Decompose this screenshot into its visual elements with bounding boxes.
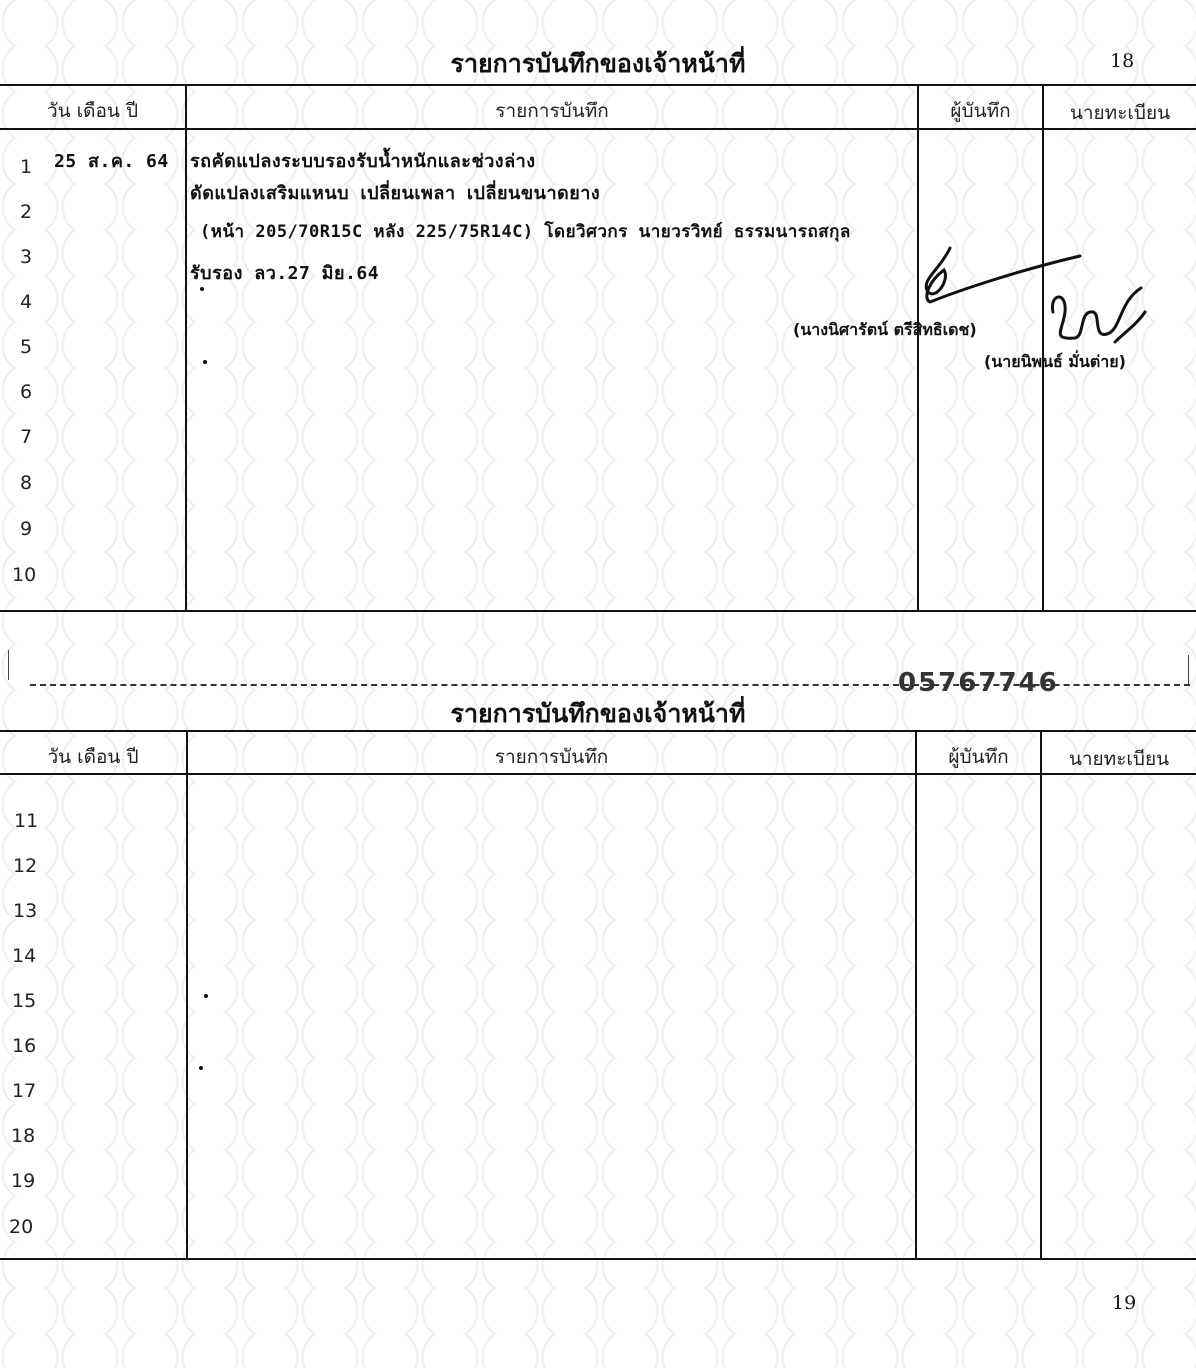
header-bottom-border <box>0 773 1196 775</box>
registrar-signature <box>1045 282 1155 352</box>
row-number: 5 <box>20 336 32 358</box>
row-number: 14 <box>12 945 36 967</box>
row-number: 1 <box>20 156 32 178</box>
row-number: 7 <box>20 426 32 448</box>
column-header-registrar: นายทะเบียน <box>1044 98 1196 128</box>
row-number: 9 <box>20 518 32 540</box>
table-top-border <box>0 730 1196 732</box>
table-top-border <box>0 84 1196 86</box>
column-divider <box>185 84 187 612</box>
row-number: 4 <box>20 291 32 313</box>
ink-dot <box>204 994 208 998</box>
column-divider <box>917 84 919 612</box>
table-bottom-border <box>0 610 1196 612</box>
table-bottom-border <box>0 1258 1196 1260</box>
column-header-entry: รายการบันทึก <box>188 742 915 772</box>
column-divider <box>915 730 917 1260</box>
row-number: 19 <box>11 1170 35 1192</box>
entry-date: 25 ส.ค. 64 <box>54 146 169 175</box>
entry-line: รับรอง ลว.27 มิย.64 <box>190 258 379 287</box>
entry-line: ดัดแปลงเสริมแหนบ เปลี่ยนเพลา เปลี่ยนขนาด… <box>190 178 600 207</box>
row-number: 16 <box>12 1035 36 1057</box>
row-number: 8 <box>20 472 32 494</box>
row-number: 18 <box>11 1125 35 1147</box>
entry-line: รถคัดแปลงระบบรองรับน้ำหนักและช่วงล่าง <box>190 146 536 175</box>
row-number: 11 <box>14 810 38 832</box>
column-divider <box>186 730 188 1260</box>
row-number: 10 <box>12 564 36 586</box>
header-bottom-border <box>0 128 1196 130</box>
page-title: รายการบันทึกของเจ้าหน้าที่ <box>0 44 1196 84</box>
row-number: 6 <box>20 381 32 403</box>
ink-dot <box>200 287 204 291</box>
row-number: 20 <box>9 1216 33 1238</box>
column-header-recorder: ผู้บันทึก <box>917 742 1040 772</box>
row-number: 17 <box>12 1080 36 1102</box>
page-number: 19 <box>1112 1292 1136 1314</box>
page-edge <box>1188 655 1189 685</box>
entry-line: (หน้า 205/70R15C หลัง 225/75R14C) โดยวิศ… <box>200 218 851 245</box>
recorder-name: (นางนิศารัตน์ ตรีสิทธิเดช) <box>793 318 977 343</box>
ink-dot <box>203 360 207 364</box>
row-number: 13 <box>13 900 37 922</box>
row-number: 12 <box>13 855 37 877</box>
column-divider <box>1042 84 1044 612</box>
column-header-registrar: นายทะเบียน <box>1042 744 1196 774</box>
page-number: 18 <box>1110 50 1134 72</box>
row-number: 2 <box>20 201 32 223</box>
page-title: รายการบันทึกของเจ้าหน้าที่ <box>0 694 1196 734</box>
column-header-recorder: ผู้บันทึก <box>919 96 1042 126</box>
column-header-date: วัน เดือน ปี <box>0 742 186 772</box>
page-edge <box>8 650 9 680</box>
column-divider <box>1040 730 1042 1260</box>
row-number: 3 <box>20 246 32 268</box>
column-header-date: วัน เดือน ปี <box>0 96 185 126</box>
ink-dot <box>199 1066 203 1070</box>
column-header-entry: รายการบันทึก <box>187 96 917 126</box>
row-number: 15 <box>12 990 36 1012</box>
registrar-name: (นายนิพนธ์ มั่นต่าย) <box>984 350 1126 375</box>
